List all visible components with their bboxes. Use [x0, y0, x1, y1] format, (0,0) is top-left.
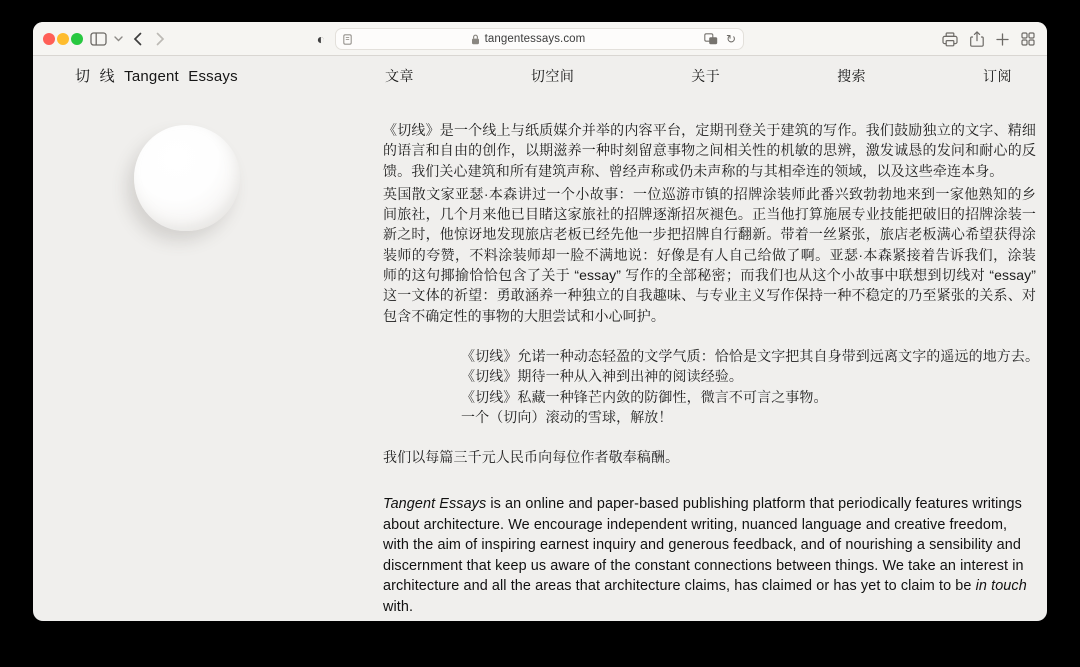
back-icon[interactable] — [131, 32, 143, 46]
translate-icon[interactable] — [704, 33, 718, 45]
share-icon[interactable] — [970, 31, 984, 47]
intro-paragraph-zh: 《切线》是一个线上与纸质媒介并举的内容平台，定期刊登关于建筑的写作。我们鼓励独立… — [383, 120, 1036, 181]
lock-icon — [471, 34, 480, 45]
browser-window: ◐ tangentessays.com — [33, 22, 1047, 621]
forward-icon[interactable] — [154, 32, 166, 46]
nav-item-articles[interactable]: 文章 — [385, 66, 414, 86]
site-nav: 文章 切空间 关于 搜索 订阅 — [385, 66, 1012, 86]
address-bar[interactable]: tangentessays.com ↻ — [335, 28, 744, 50]
nav-item-subscribe[interactable]: 订阅 — [983, 66, 1012, 86]
english-lead-italic: Tangent Essays — [383, 496, 486, 512]
manifesto-line: 一个（切向）滚动的雪球，解放！ — [461, 407, 1036, 427]
manifesto-line: 《切线》期待一种从入神到出神的阅读经验。 — [461, 366, 1036, 386]
new-tab-icon[interactable] — [996, 33, 1009, 46]
nav-item-tangent-space[interactable]: 切空间 — [531, 66, 575, 86]
tangent-manifesto-block: 《切线》允诺一种动态轻盈的文学气质：恰恰是文字把其自身带到远离文字的遥远的地方去… — [461, 346, 1036, 427]
url-display: tangentessays.com — [352, 33, 704, 45]
english-end: with. — [383, 599, 413, 615]
reload-icon[interactable]: ↻ — [726, 33, 736, 45]
manifesto-line: 《切线》私藏一种锋芒内敛的防御性，微言不可言之事物。 — [461, 387, 1036, 407]
tab-overview-icon[interactable] — [1021, 32, 1035, 46]
site-title[interactable]: 切 线 Tangent Essays — [75, 65, 238, 86]
sidebar-toggle-icon[interactable] — [90, 32, 107, 46]
nav-item-about[interactable]: 关于 — [691, 66, 720, 86]
url-text: tangentessays.com — [485, 33, 586, 45]
story-paragraph-zh: 英国散文家亚瑟·本森讲过一个小故事：一位巡游市镇的招牌涂装师此番兴致勃勃地来到一… — [383, 184, 1036, 326]
zoom-window-button[interactable] — [71, 33, 83, 45]
print-icon[interactable] — [942, 32, 958, 47]
snowball-image — [134, 125, 240, 231]
english-tail-italic: in touch — [976, 578, 1027, 594]
manifesto-line: 《切线》允诺一种动态轻盈的文学气质：恰恰是文字把其自身带到远离文字的遥远的地方去… — [461, 346, 1036, 366]
payment-line: 我们以每篇三千元人民币向每位作者敬奉稿酬。 — [383, 447, 1036, 467]
about-text-column: 《切线》是一个线上与纸质媒介并举的内容平台，定期刊登关于建筑的写作。我们鼓励独立… — [383, 120, 1036, 617]
nav-item-search[interactable]: 搜索 — [837, 66, 866, 86]
sidebar-dropdown-chevron-icon[interactable] — [113, 35, 123, 43]
browser-toolbar: ◐ tangentessays.com — [33, 22, 1047, 56]
english-paragraph: Tangent Essays is an online and paper-ba… — [383, 494, 1036, 617]
minimize-window-button[interactable] — [57, 33, 69, 45]
privacy-report-icon[interactable]: ◐ — [313, 31, 329, 47]
page-settings-icon[interactable] — [343, 34, 352, 45]
close-window-button[interactable] — [43, 33, 55, 45]
